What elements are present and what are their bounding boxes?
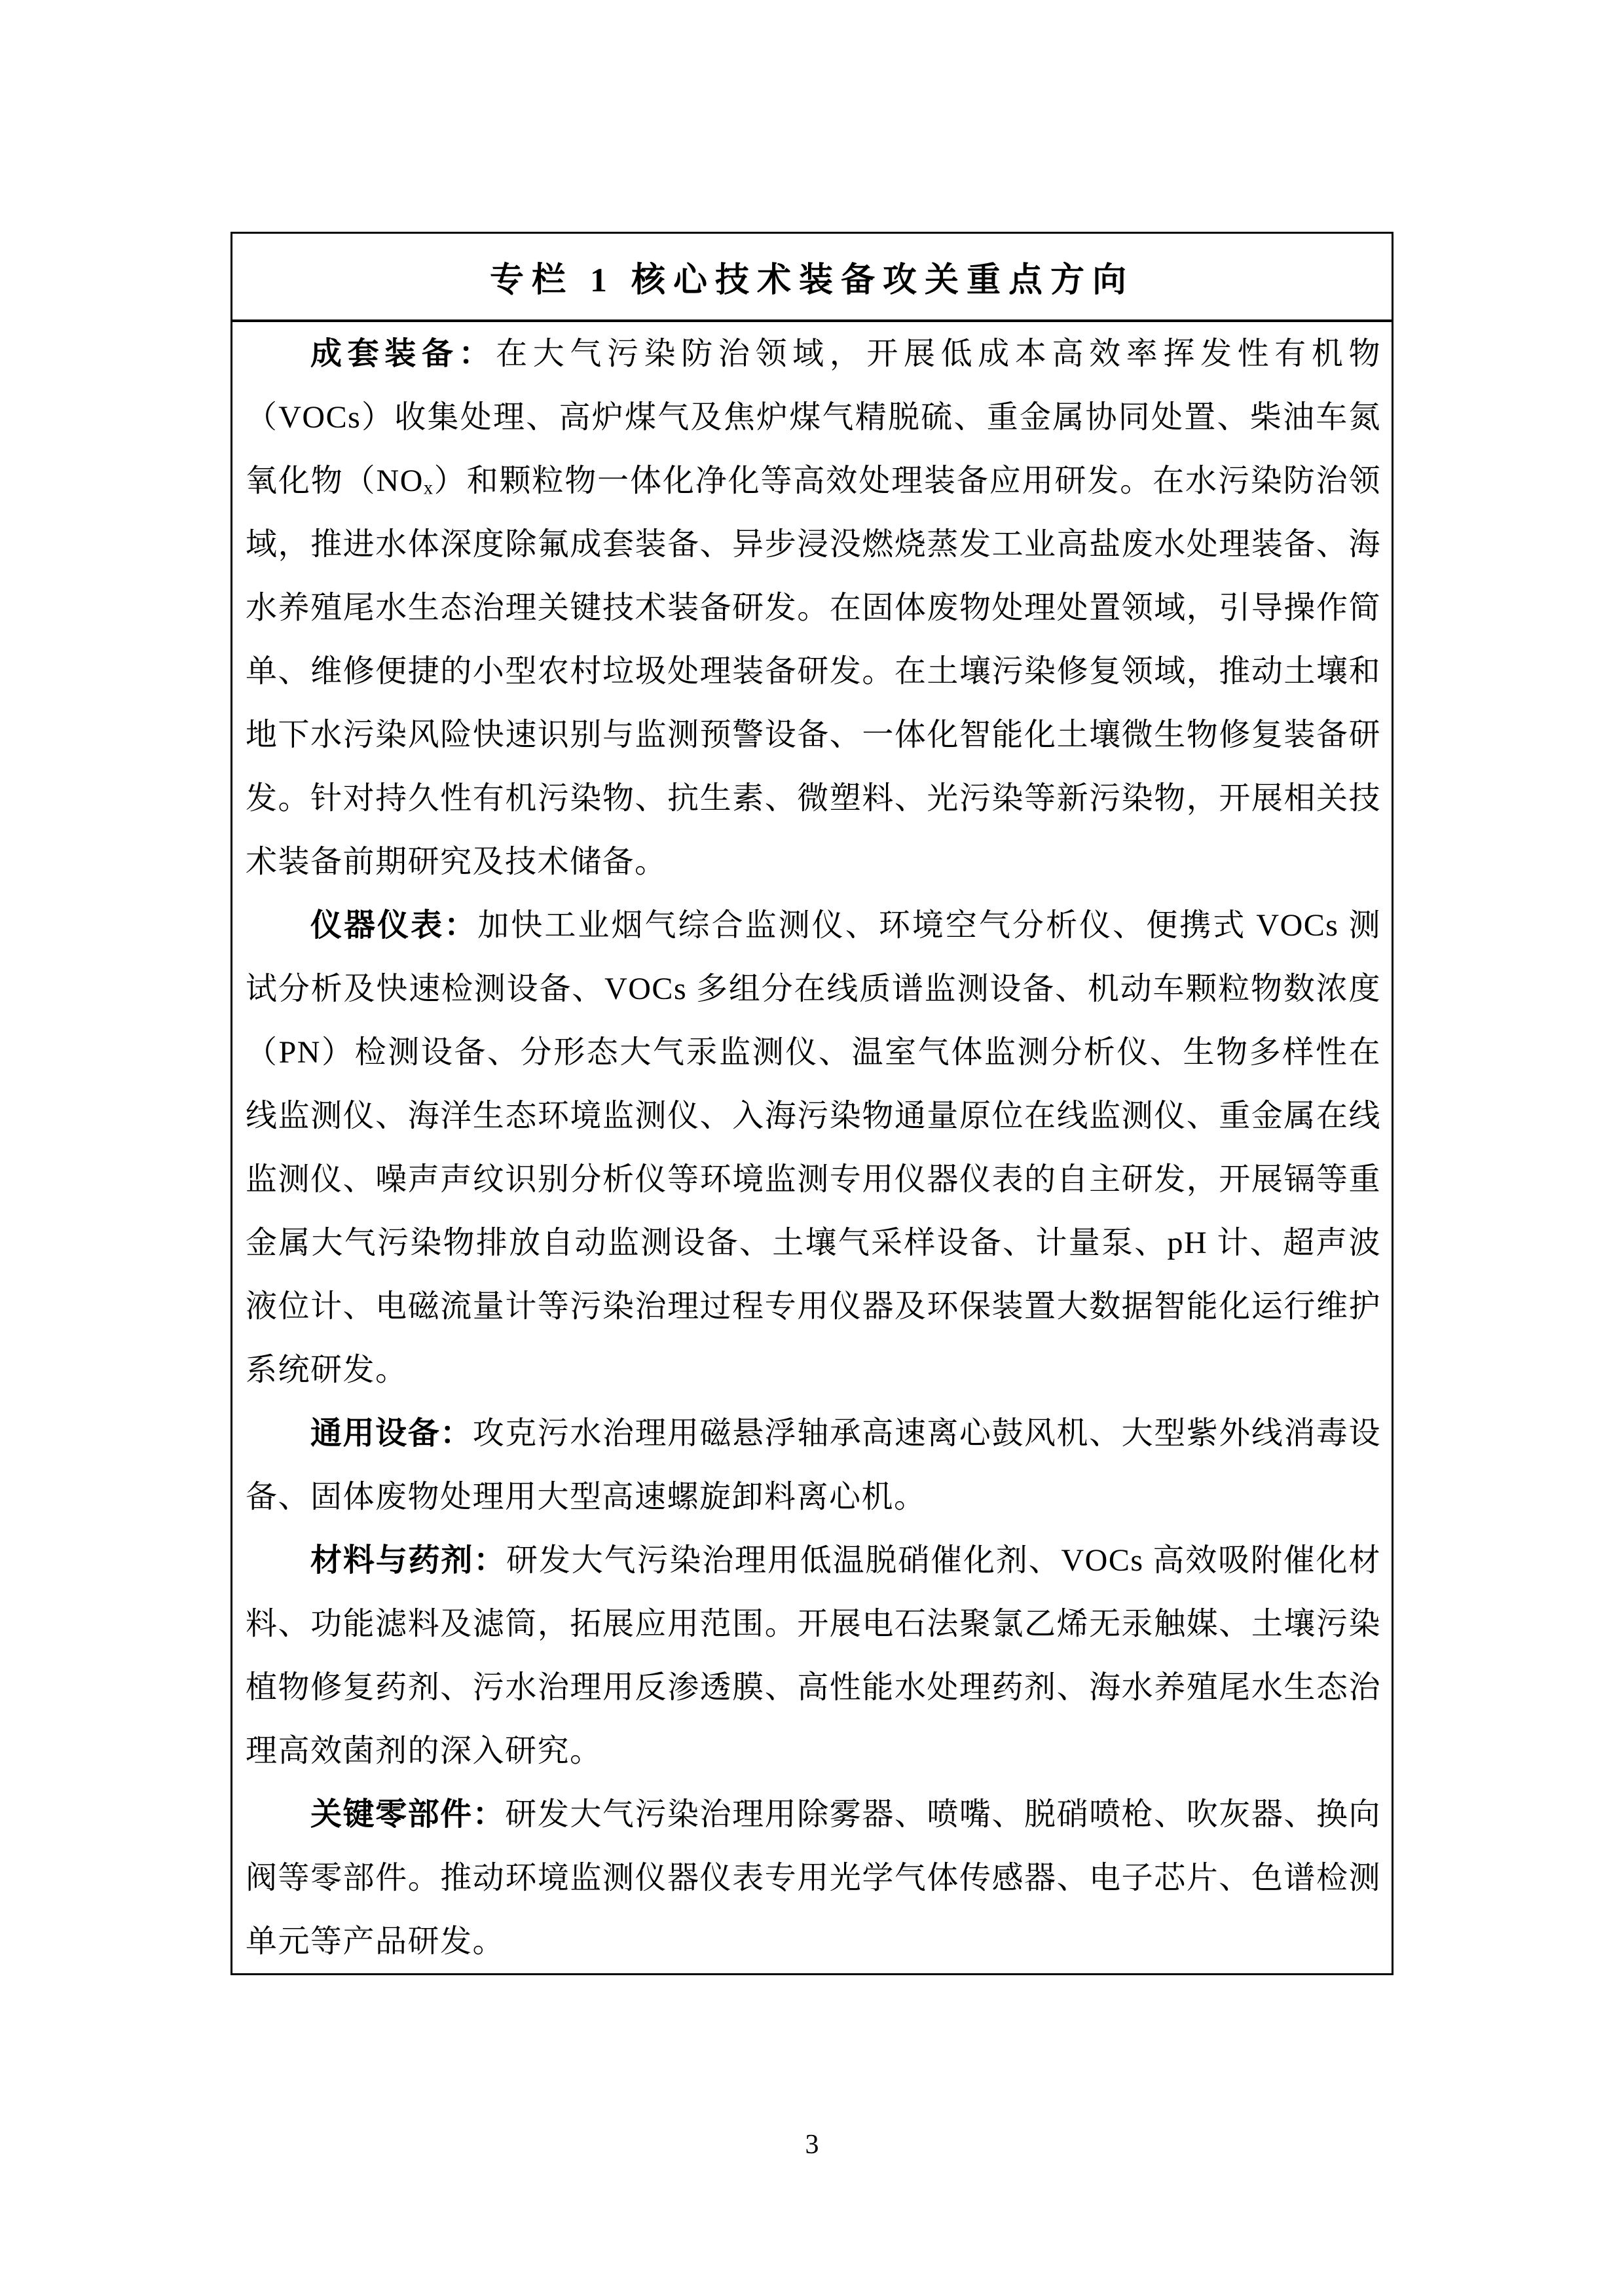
box-body: 成套装备：在大气污染防治领域，开展低成本高效率挥发性有机物（VOCs）收集处理、…	[232, 322, 1392, 1973]
paragraph-key-components: 关键零部件：研发大气污染治理用除雾器、喷嘴、脱硝喷枪、吹灰器、换向阀等零部件。推…	[246, 1783, 1381, 1973]
paragraph-materials-agents: 材料与药剂：研发大气污染治理用低温脱硝催化剂、VOCs 高效吸附催化材料、功能滤…	[246, 1529, 1381, 1783]
paragraph-general-equipment: 通用设备：攻克污水治理用磁悬浮轴承高速离心鼓风机、大型紫外线消毒设备、固体废物处…	[246, 1402, 1381, 1529]
paragraph-text: 在大气污染防治领域，开展低成本高效率挥发性有机物（VOCs）收集处理、高炉煤气及…	[246, 337, 1381, 879]
paragraph-instruments: 仪器仪表：加快工业烟气综合监测仪、环境空气分析仪、便携式 VOCs 测试分析及快…	[246, 894, 1381, 1402]
document-page: 专栏 1 核心技术装备攻关重点方向 成套装备：在大气污染防治领域，开展低成本高效…	[0, 0, 1624, 2296]
paragraph-text: 加快工业烟气综合监测仪、环境空气分析仪、便携式 VOCs 测试分析及快速检测设备…	[246, 908, 1381, 1387]
page-number: 3	[0, 2129, 1624, 2160]
column-box: 专栏 1 核心技术装备攻关重点方向 成套装备：在大气污染防治领域，开展低成本高效…	[231, 232, 1393, 1975]
paragraph-label: 仪器仪表：	[310, 908, 477, 943]
paragraph-label: 材料与药剂：	[310, 1543, 506, 1578]
paragraph-complete-equipment: 成套装备：在大气污染防治领域，开展低成本高效率挥发性有机物（VOCs）收集处理、…	[246, 322, 1381, 894]
paragraph-label: 通用设备：	[310, 1416, 473, 1451]
box-title-text: 专栏 1 核心技术装备攻关重点方向	[490, 252, 1134, 301]
paragraph-label: 关键零部件：	[310, 1797, 505, 1832]
paragraph-label: 成套装备：	[310, 337, 496, 371]
box-title: 专栏 1 核心技术装备攻关重点方向	[232, 234, 1392, 322]
